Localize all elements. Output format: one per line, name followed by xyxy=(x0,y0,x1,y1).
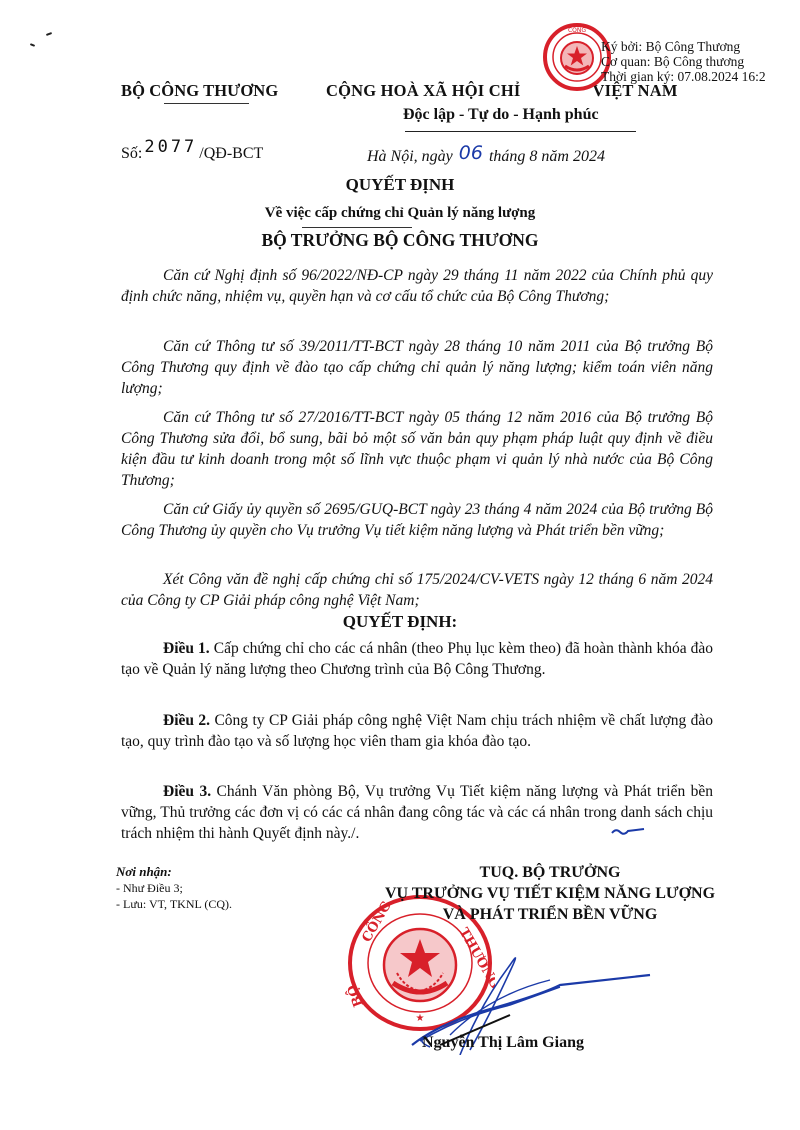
initial-mark-icon xyxy=(610,825,646,837)
preamble-paragraph: Căn cứ Thông tư số 39/2011/TT-BCT ngày 2… xyxy=(121,336,713,399)
scan-artifact xyxy=(30,43,35,47)
agency-underline xyxy=(164,103,249,104)
preamble-paragraph: Căn cứ Nghị định số 96/2022/NĐ-CP ngày 2… xyxy=(121,265,713,307)
document-subject: Về việc cấp chứng chỉ Quản lý năng lượng xyxy=(0,205,800,222)
recipient-item: - Lưu: VT, TKNL (CQ). xyxy=(116,896,232,912)
scan-artifact xyxy=(46,32,52,36)
preamble-paragraph: Căn cứ Giấy ủy quyền số 2695/GUQ-BCT ngà… xyxy=(121,499,713,541)
decision-heading: QUYẾT ĐỊNH: xyxy=(0,612,800,632)
recipients-heading: Nơi nhận: xyxy=(116,864,232,880)
document-number: Số:2077/QĐ-BCT xyxy=(121,143,263,163)
doc-number-prefix: Số: xyxy=(121,145,142,162)
preamble-paragraph: Xét Công văn đề nghị cấp chứng chỉ số 17… xyxy=(121,569,713,611)
signature-block: TUQ. BỘ TRƯỞNG VỤ TRƯỞNG VỤ TIẾT KIỆM NĂ… xyxy=(330,862,770,925)
date-day-handwritten: 06 xyxy=(459,142,483,164)
signing-time: Thời gian ký: 07.08.2024 16:2 xyxy=(601,69,766,84)
signed-by: Ký bởi: Bộ Công Thương xyxy=(601,39,766,54)
national-motto: Độc lập - Tự do - Hạnh phúc xyxy=(403,106,599,124)
svg-text:CÔNG: CÔNG xyxy=(568,27,586,34)
article-2: Điều 2. Công ty CP Giải pháp công nghệ V… xyxy=(121,710,713,752)
motto-underline xyxy=(405,131,636,132)
document-type-title: QUYẾT ĐỊNH xyxy=(0,175,800,195)
doc-number-suffix: /QĐ-BCT xyxy=(199,145,263,162)
article-label: Điều 2. xyxy=(163,712,210,729)
issuing-authority-title: BỘ TRƯỞNG BỘ CÔNG THƯƠNG xyxy=(0,230,800,251)
date-suffix: tháng 8 năm 2024 xyxy=(489,148,605,165)
svg-text:BỘ: BỘ xyxy=(345,983,367,1010)
subject-underline xyxy=(302,227,412,228)
signer-position: VỤ TRƯỞNG VỤ TIẾT KIỆM NĂNG LƯỢNG xyxy=(330,883,770,904)
article-text: Cấp chứng chỉ cho các cá nhân (theo Phụ … xyxy=(121,640,713,678)
issue-date: Hà Nội, ngày06tháng 8 năm 2024 xyxy=(367,144,605,166)
article-1: Điều 1. Cấp chứng chỉ cho các cá nhân (t… xyxy=(121,638,713,680)
national-title-left: CỘNG HOÀ XÃ HỘI CHỈ xyxy=(326,81,520,100)
article-text: Công ty CP Giải pháp công nghệ Việt Nam … xyxy=(121,712,713,750)
doc-number-value: 2077 xyxy=(144,137,197,157)
signer-name: Nguyễn Thị Lâm Giang xyxy=(422,1034,584,1052)
article-label: Điều 3. xyxy=(163,783,211,800)
issuing-agency: BỘ CÔNG THƯƠNG xyxy=(121,81,278,101)
date-prefix: Hà Nội, ngày xyxy=(367,148,453,165)
preamble-paragraph: Căn cứ Thông tư số 27/2016/TT-BCT ngày 0… xyxy=(121,407,713,491)
digital-signature-info: Ký bởi: Bộ Công Thương Cơ quan: Bộ Công … xyxy=(601,39,766,84)
signer-department: VÀ PHÁT TRIỂN BỀN VỮNG xyxy=(330,904,770,925)
signing-organization: Cơ quan: Bộ Công thương xyxy=(601,54,766,69)
signer-delegation: TUQ. BỘ TRƯỞNG xyxy=(330,862,770,883)
recipients-list: Nơi nhận: - Như Điều 3; - Lưu: VT, TKNL … xyxy=(116,864,232,912)
article-label: Điều 1. xyxy=(163,640,210,657)
national-title: CỘNG HOÀ XÃ HỘI CHỈVIỆT NAM xyxy=(326,81,678,101)
recipient-item: - Như Điều 3; xyxy=(116,880,232,896)
